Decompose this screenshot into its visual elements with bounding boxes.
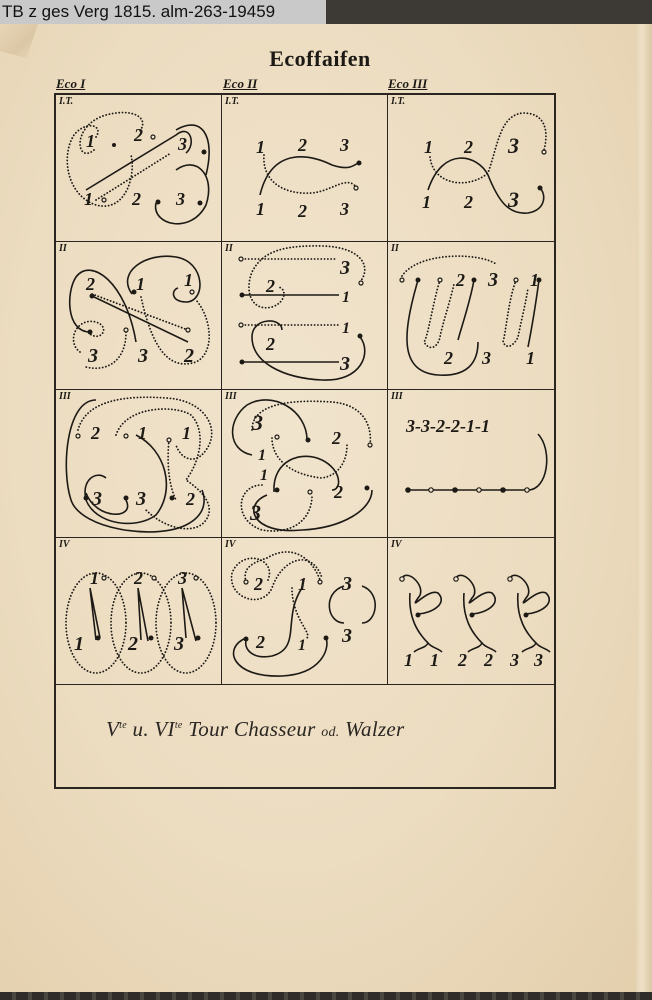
page-title: Ecoffaifen — [0, 46, 640, 72]
svg-text:1: 1 — [424, 137, 433, 157]
figure-cell-r3-c2: III 3 2 1 1 3 2 — [222, 390, 388, 538]
svg-text:2: 2 — [255, 632, 265, 652]
svg-text:2: 2 — [127, 633, 138, 655]
svg-text:3: 3 — [173, 633, 184, 655]
column-label-eco-1: Eco I — [56, 76, 85, 92]
figure-cell-r1-c3: I.T. 1 2 3 1 2 3 — [388, 95, 554, 242]
svg-text:2: 2 — [333, 482, 343, 502]
svg-text:3: 3 — [507, 187, 519, 212]
svg-text:3: 3 — [249, 500, 261, 525]
svg-text:3: 3 — [339, 257, 350, 279]
svg-text:2: 2 — [265, 334, 275, 354]
svg-text:1: 1 — [422, 192, 431, 212]
svg-text:3: 3 — [507, 133, 519, 158]
svg-text:3: 3 — [509, 650, 519, 670]
svg-text:1: 1 — [298, 637, 306, 654]
svg-text:2: 2 — [85, 274, 95, 294]
svg-text:1: 1 — [184, 270, 193, 290]
figure-cell-r1-c2: I.T. 1 2 3 1 2 3 — [222, 95, 388, 242]
svg-text:2: 2 — [483, 650, 493, 670]
svg-text:3: 3 — [177, 568, 187, 588]
figure-cell-r4-c3: IV 1 1 2 2 3 — [388, 538, 554, 685]
svg-text:3: 3 — [91, 488, 102, 510]
svg-text:3: 3 — [341, 573, 352, 595]
svg-text:2: 2 — [90, 423, 100, 443]
footer-row: Vte u. VIte Tour Chasseur od. Walzer — [56, 685, 554, 787]
svg-text:3: 3 — [251, 410, 263, 435]
figure-cell-r2-c3: II 2 3 1 2 3 1 — [388, 242, 554, 390]
svg-text:2: 2 — [297, 135, 307, 155]
svg-text:3: 3 — [339, 199, 349, 219]
figure-cell-r4-c2: IV 2 1 3 2 1 3 — [222, 538, 388, 685]
svg-text:3: 3 — [481, 348, 491, 368]
svg-text:2: 2 — [455, 270, 465, 290]
svg-text:2: 2 — [463, 192, 473, 212]
svg-text:2: 2 — [297, 201, 307, 221]
svg-text:1: 1 — [256, 137, 265, 157]
svg-text:2: 2 — [463, 137, 473, 157]
figure-cell-r3-c1: III 2 1 1 3 3 2 — [56, 390, 222, 538]
figure-cell-r3-c3: III 3-3-2-2-1-1 — [388, 390, 554, 538]
svg-text:1: 1 — [84, 189, 93, 209]
svg-text:1: 1 — [256, 199, 265, 219]
dancer-number: 1 — [86, 131, 95, 151]
svg-text:3: 3 — [533, 650, 543, 670]
svg-text:2: 2 — [253, 574, 263, 594]
figure-cell-r2-c2: II 2 3 1 2 1 3 — [222, 242, 388, 390]
svg-text:1: 1 — [90, 568, 99, 588]
column-label-eco-3: Eco III — [388, 76, 427, 92]
svg-text:3: 3 — [339, 353, 350, 375]
svg-text:1: 1 — [404, 650, 413, 670]
dance-figure-table: I.T. 1 2 3 1 2 3 I.T. 1 2 — [54, 93, 556, 789]
svg-text:2: 2 — [133, 568, 143, 588]
svg-text:1: 1 — [138, 423, 147, 443]
svg-text:2: 2 — [183, 345, 194, 367]
svg-text:1: 1 — [260, 467, 268, 484]
svg-text:1: 1 — [258, 447, 266, 464]
svg-text:2: 2 — [133, 125, 143, 145]
svg-text:2: 2 — [443, 348, 453, 368]
svg-text:3: 3 — [135, 488, 146, 510]
figure-cell-r1-c1: I.T. 1 2 3 1 2 3 — [56, 95, 222, 242]
svg-text:2: 2 — [131, 189, 141, 209]
spiral-figure — [400, 575, 442, 652]
svg-text:1: 1 — [342, 320, 350, 337]
svg-text:1: 1 — [526, 348, 535, 368]
svg-text:2: 2 — [331, 428, 341, 448]
svg-text:2: 2 — [265, 276, 275, 296]
svg-text:2: 2 — [185, 489, 195, 509]
svg-text:1: 1 — [430, 650, 439, 670]
svg-text:3: 3 — [177, 134, 187, 154]
svg-text:1: 1 — [74, 633, 84, 655]
scanner-strip — [0, 992, 652, 1000]
svg-text:3: 3 — [487, 269, 498, 291]
svg-text:1: 1 — [298, 574, 307, 594]
svg-text:3: 3 — [137, 345, 148, 367]
svg-text:3: 3 — [339, 135, 349, 155]
figure-cell-r2-c1: II 2 1 1 3 3 2 — [56, 242, 222, 390]
figure-diagram: 1 2 3 1 2 3 — [56, 95, 222, 242]
svg-text:3: 3 — [175, 189, 185, 209]
svg-text:3: 3 — [341, 625, 352, 647]
svg-text:1: 1 — [136, 274, 145, 294]
svg-text:3: 3 — [87, 345, 98, 367]
footer-caption: Vte u. VIte Tour Chasseur od. Walzer — [106, 717, 405, 742]
page-edge — [636, 24, 652, 992]
figure-cell-r4-c1: IV 1 2 3 1 2 3 — [56, 538, 222, 685]
svg-text:1: 1 — [342, 289, 350, 306]
svg-text:2: 2 — [457, 650, 467, 670]
svg-text:1: 1 — [182, 423, 191, 443]
column-label-eco-2: Eco II — [223, 76, 257, 92]
image-caption: TB z ges Verg 1815. alm-263-19459 — [0, 0, 326, 24]
sequence-label: 3-3-2-2-1-1 — [405, 416, 490, 436]
